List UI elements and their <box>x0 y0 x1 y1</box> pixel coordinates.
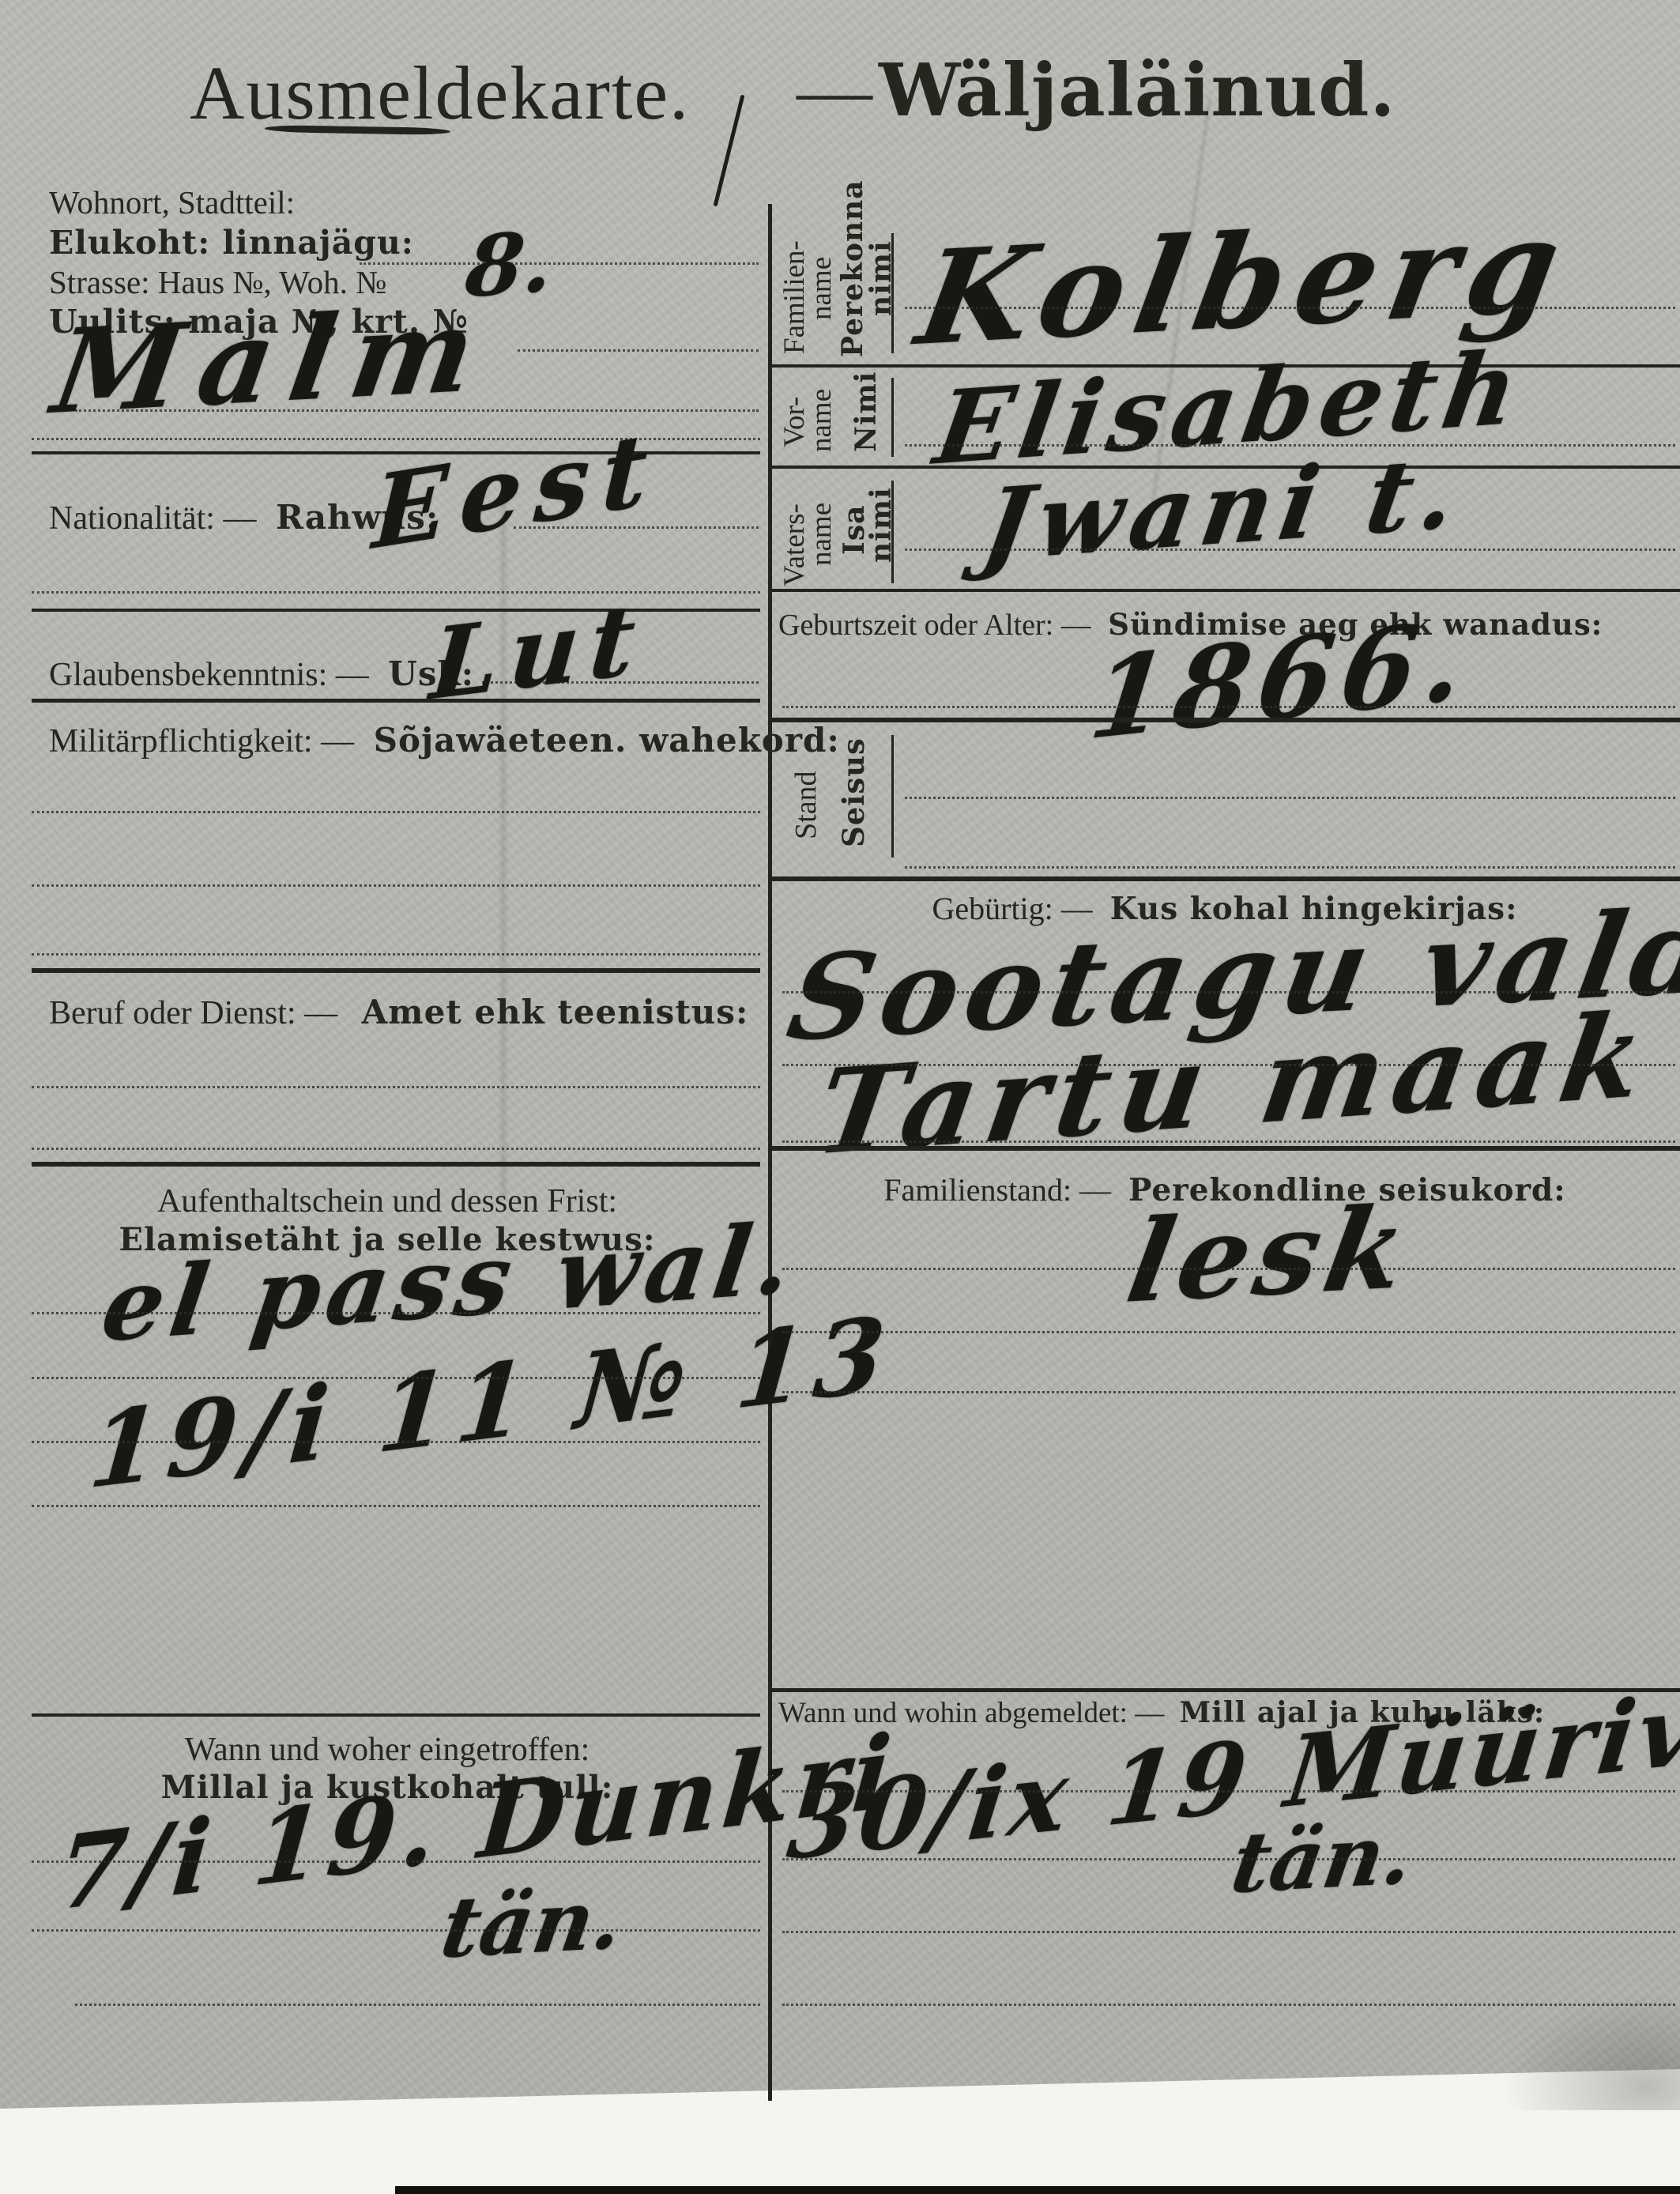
scanned-document-page: { "colors": { "paper": "#b6b6b2", "ink":… <box>0 0 1680 2194</box>
dotted-line <box>782 1931 1675 1933</box>
residence-label-et-1: Elukoht: linnajägu: <box>49 224 414 262</box>
dotted-line <box>360 262 759 265</box>
military-label-german: Militärpflichtigkeit: — <box>49 723 354 760</box>
street-handwriting: Malm <box>45 282 501 440</box>
dotted-line <box>32 1312 760 1314</box>
dotted-line <box>905 307 1675 309</box>
residence-label-de-1: Wohnort, Stadtteil: <box>49 183 295 221</box>
dotted-line <box>32 1148 760 1150</box>
dotted-line <box>905 548 1675 551</box>
rule-line <box>770 1146 1680 1151</box>
rule-line <box>770 876 1680 881</box>
firstname-label-estonian: Nimi <box>849 371 883 452</box>
corner-shadow <box>1501 1992 1680 2110</box>
dotted-line <box>905 866 1675 869</box>
dotted-line <box>782 1790 1675 1793</box>
dotted-line <box>782 1858 1675 1860</box>
dotted-line <box>905 444 1675 447</box>
military-label-estonian: Sõjawäeteen. wahekord: <box>374 721 840 760</box>
military-label: Militärpflichtigkeit: — Sõjawäeteen. wah… <box>49 721 840 760</box>
dotted-line <box>32 953 760 956</box>
dotted-line <box>32 1441 760 1443</box>
rule-line <box>32 1713 760 1717</box>
birth-label-german: Geburtszeit oder Alter: — <box>778 609 1091 642</box>
nationality-label-german: Nationalität: — <box>49 500 256 537</box>
occupation-label-german: Beruf oder Dienst: — <box>49 995 337 1031</box>
dotted-line <box>782 1140 1675 1143</box>
firstname-label-german-2: name <box>804 389 838 452</box>
rule-line <box>32 699 760 703</box>
dotted-line <box>782 2004 1675 2006</box>
arrival-handwriting-line2: tän. <box>435 1869 630 1977</box>
dotted-line <box>32 811 760 813</box>
fathersname-label-german-2: name <box>804 503 838 566</box>
card-title-german: Ausmeldekarte. <box>190 49 690 137</box>
family-status-label-german: Familienstand: — <box>883 1172 1111 1208</box>
card-title-estonian: Wäljaläinud. <box>879 47 1396 133</box>
dotted-line <box>32 1086 760 1088</box>
dotted-line <box>782 991 1675 993</box>
dotted-line <box>518 349 759 352</box>
label-bracket-line <box>891 481 894 583</box>
dotted-line <box>32 884 760 887</box>
dotted-line <box>32 1929 760 1932</box>
dotted-line <box>782 1268 1675 1270</box>
dotted-line <box>905 797 1675 799</box>
scanner-edge-strip <box>395 2186 1680 2194</box>
paper-crease <box>498 490 509 1201</box>
departure-label-german: Wann und wohin abgemeldet: — <box>778 1697 1164 1729</box>
family-status-handwriting: lesk <box>1118 1182 1422 1329</box>
dotted-line <box>75 2004 760 2006</box>
rule-line <box>770 718 1680 722</box>
religion-label-german: Glaubensbekenntnis: — <box>49 657 369 693</box>
status-label-german: Stand <box>789 771 823 839</box>
religion-label: Glaubensbekenntnis: — Usk: <box>49 654 474 694</box>
title-dash: — <box>797 46 872 134</box>
rule-line <box>32 1162 760 1167</box>
status-label-estonian: Seisus <box>836 737 871 847</box>
dotted-line <box>32 1505 760 1507</box>
dotted-line <box>782 1391 1675 1393</box>
occupation-label-estonian: Amet ehk teenistus: <box>362 993 749 1031</box>
dotted-line <box>782 1331 1675 1333</box>
dotted-line <box>782 706 1675 708</box>
label-bracket-line <box>891 378 894 457</box>
occupation-label: Beruf oder Dienst: — Amet ehk teenistus: <box>49 993 748 1032</box>
dotted-line <box>32 1377 760 1379</box>
label-bracket-line <box>891 233 894 353</box>
dotted-line <box>32 591 760 594</box>
rule-line <box>32 609 760 612</box>
rule-line <box>770 589 1680 592</box>
dotted-line <box>782 1064 1675 1066</box>
rule-line <box>32 968 760 973</box>
dotted-line <box>32 1860 760 1863</box>
surname-label-german-2: name <box>804 257 838 320</box>
label-bracket-line <box>891 735 894 858</box>
